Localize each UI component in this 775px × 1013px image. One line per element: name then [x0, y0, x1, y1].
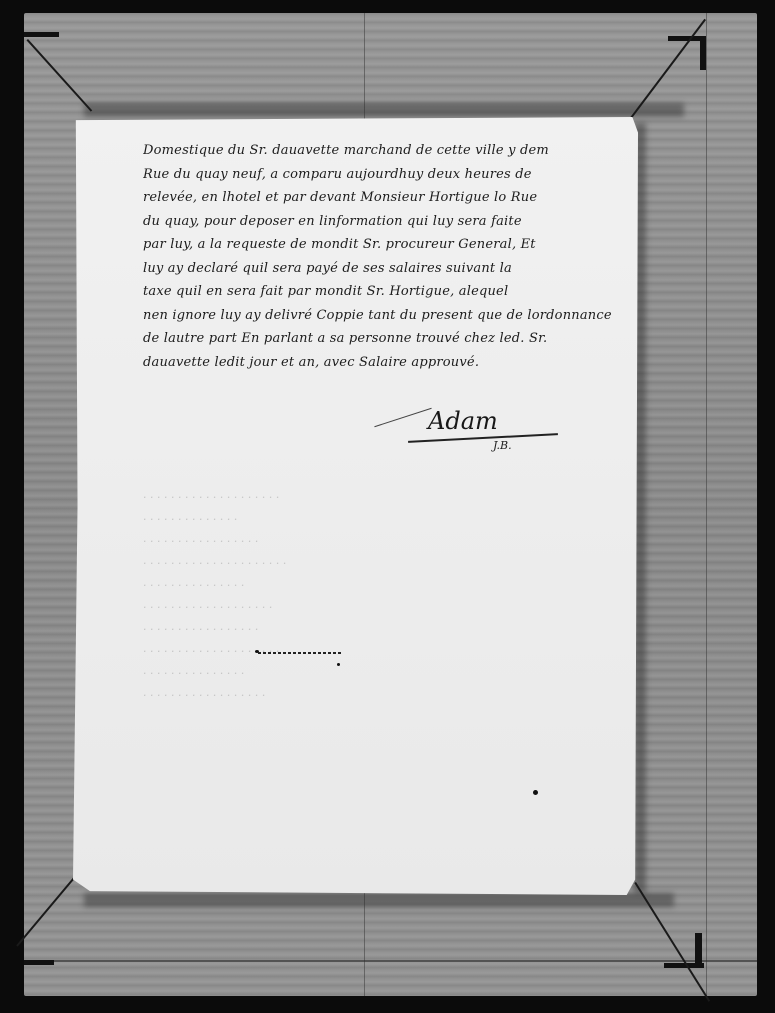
text-line: taxe quil en sera fait par mondit Sr. Ho… [143, 280, 633, 304]
text-line: par luy, a la requeste de mondit Sr. pro… [143, 233, 633, 257]
signature-stroke [374, 408, 431, 427]
signature-paraph: J.B. [493, 439, 512, 452]
text-line: dauavette ledit jour et an, avec Salaire… [143, 351, 633, 375]
bleed-line: · · · · · · · · · · · · · · · · · · · · [143, 641, 623, 663]
board-seam [706, 13, 707, 996]
corner-mark-top-left [24, 32, 59, 37]
paper-shadow [84, 103, 684, 117]
ink-dash-mark [258, 652, 343, 654]
signature: Adam [428, 407, 498, 435]
bleed-line: · · · · · · · · · · · · · · · [143, 575, 623, 597]
text-line: nen ignore luy ay delivré Coppie tant du… [143, 304, 633, 328]
bleed-line: · · · · · · · · · · · · · · · · · [143, 619, 623, 641]
ink-spot [533, 790, 538, 795]
bleed-line: · · · · · · · · · · · · · · · · · · · · … [143, 553, 623, 575]
bleed-through-text: · · · · · · · · · · · · · · · · · · · · … [143, 487, 623, 707]
paper-shadow [84, 893, 674, 907]
bleed-line: · · · · · · · · · · · · · · · · · · · · [143, 487, 623, 509]
bleed-line: · · · · · · · · · · · · · · · · · · [143, 685, 623, 707]
bleed-line: · · · · · · · · · · · · · · · · · [143, 531, 623, 553]
text-line: du quay, pour deposer en linformation qu… [143, 210, 633, 234]
text-line: Domestique du Sr. dauavette marchand de … [143, 139, 633, 163]
ink-spot [337, 663, 340, 666]
bleed-line: · · · · · · · · · · · · · · [143, 509, 623, 531]
bleed-line: · · · · · · · · · · · · · · · [143, 663, 623, 685]
manuscript-page: Domestique du Sr. dauavette marchand de … [73, 117, 638, 895]
board-edge-line [24, 960, 757, 962]
corner-mark-bottom-right [695, 933, 702, 967]
manuscript-text: Domestique du Sr. dauavette marchand de … [143, 139, 633, 374]
text-line: de lautre part En parlant a sa personne … [143, 327, 633, 351]
corner-mark-bottom-left [24, 960, 54, 965]
text-line: relevée, en lhotel et par devant Monsieu… [143, 186, 633, 210]
bleed-line: · · · · · · · · · · · · · · · · · · · [143, 597, 623, 619]
corner-mark-top-right [700, 36, 706, 70]
text-line: luy ay declaré quil sera payé de ses sal… [143, 257, 633, 281]
text-line: Rue du quay neuf, a comparu aujourdhuy d… [143, 163, 633, 187]
